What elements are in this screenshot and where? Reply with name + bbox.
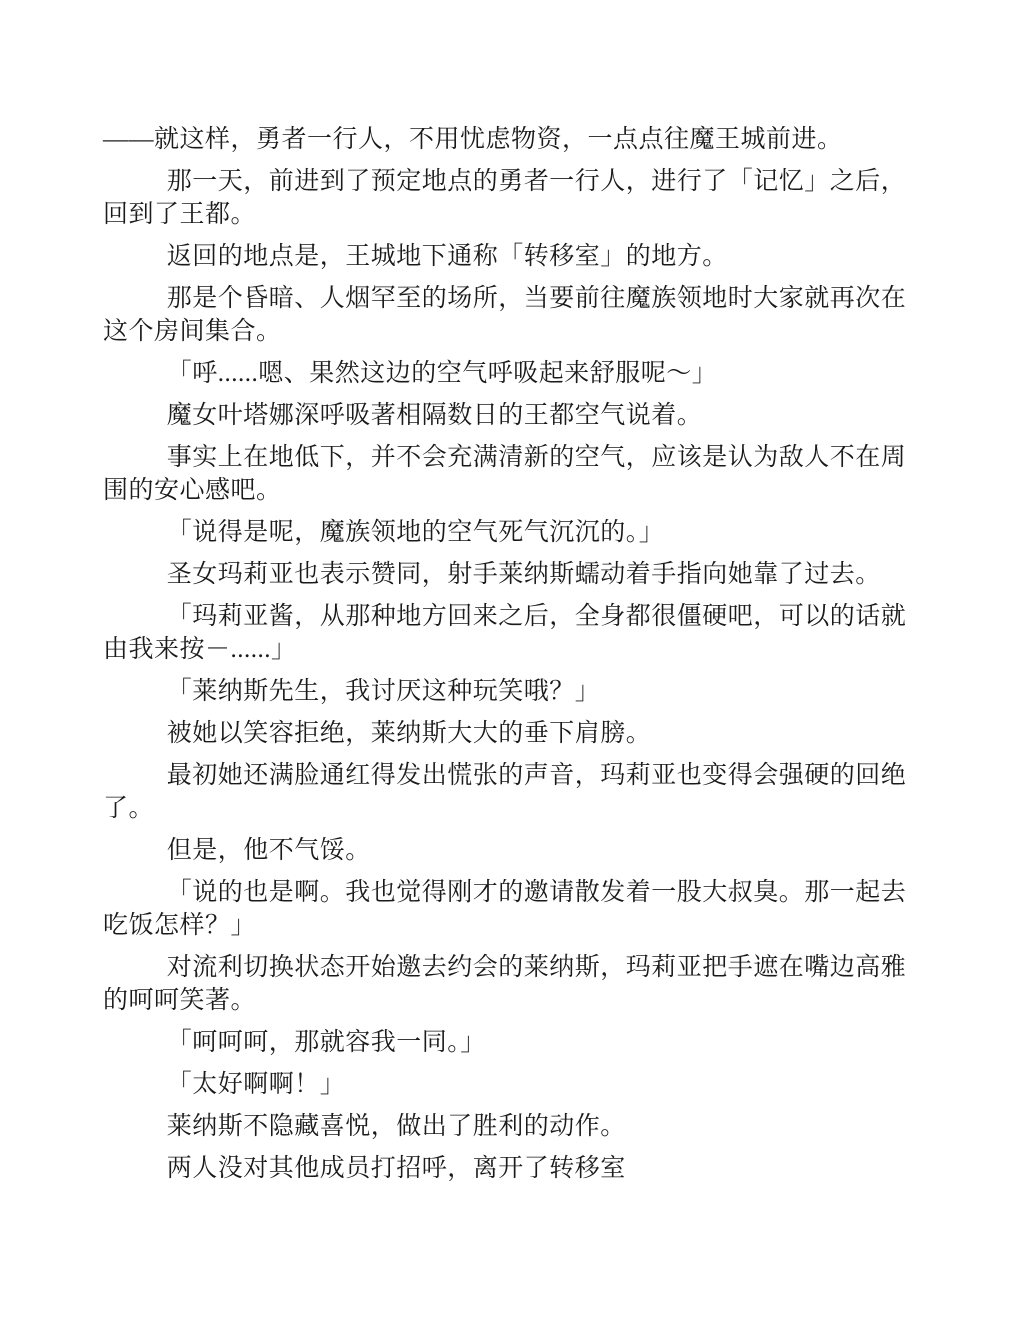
paragraph-line: 「说得是呢，魔族领地的空气死气沉沉的。」 [103, 516, 908, 549]
paragraph-line: 魔女叶塔娜深呼吸著相隔数日的王都空气说着。 [103, 399, 908, 432]
paragraph: 「说的也是啊。我也觉得刚才的邀请散发着一股大叔臭。那一起去吃饭怎样？」 [103, 876, 908, 942]
paragraph-line: 「玛莉亚酱，从那种地方回来之后，全身都很僵硬吧，可以的话就 [103, 600, 908, 633]
paragraph-line: 那一天，前进到了预定地点的勇者一行人，进行了「记忆」之后， [103, 165, 908, 198]
paragraph: 「莱纳斯先生，我讨厌这种玩笑哦？」 [103, 675, 908, 708]
paragraph: 魔女叶塔娜深呼吸著相隔数日的王都空气说着。 [103, 399, 908, 432]
paragraph-line: 但是，他不气馁。 [103, 834, 908, 867]
paragraph: 事实上在地低下，并不会充满清新的空气，应该是认为敌人不在周围的安心感吧。 [103, 441, 908, 507]
paragraph: 圣女玛莉亚也表示赞同，射手莱纳斯蠕动着手指向她靠了过去。 [103, 558, 908, 591]
paragraph: ——就这样，勇者一行人，不用忧虑物资，一点点往魔王城前进。 [103, 123, 908, 156]
paragraph-line: 了。 [103, 792, 908, 825]
paragraph-line: 「太好啊啊！」 [103, 1068, 908, 1101]
paragraph-line: 回到了王都。 [103, 198, 908, 231]
paragraph: 被她以笑容拒绝，莱纳斯大大的垂下肩膀。 [103, 717, 908, 750]
paragraph: 「呼......嗯、果然这边的空气呼吸起来舒服呢～」 [103, 357, 908, 390]
paragraph-line: 这个房间集合。 [103, 315, 908, 348]
paragraph-line: 吃饭怎样？」 [103, 909, 908, 942]
paragraph-line: 「说的也是啊。我也觉得刚才的邀请散发着一股大叔臭。那一起去 [103, 876, 908, 909]
paragraph-line: 由我来按－......」 [103, 633, 908, 666]
paragraph-line: ——就这样，勇者一行人，不用忧虑物资，一点点往魔王城前进。 [103, 123, 908, 156]
paragraph: 两人没对其他成员打招呼，离开了转移室 [103, 1152, 908, 1185]
paragraph-line: 被她以笑容拒绝，莱纳斯大大的垂下肩膀。 [103, 717, 908, 750]
paragraph-line: 「莱纳斯先生，我讨厌这种玩笑哦？」 [103, 675, 908, 708]
paragraph: 「说得是呢，魔族领地的空气死气沉沉的。」 [103, 516, 908, 549]
paragraph-line: 「呵呵呵，那就容我一同。」 [103, 1026, 908, 1059]
paragraph: 「太好啊啊！」 [103, 1068, 908, 1101]
paragraph: 那是个昏暗、人烟罕至的场所，当要前往魔族领地时大家就再次在这个房间集合。 [103, 282, 908, 348]
paragraph-line: 圣女玛莉亚也表示赞同，射手莱纳斯蠕动着手指向她靠了过去。 [103, 558, 908, 591]
paragraph-line: 两人没对其他成员打招呼，离开了转移室 [103, 1152, 908, 1185]
paragraph: 「玛莉亚酱，从那种地方回来之后，全身都很僵硬吧，可以的话就由我来按－......… [103, 600, 908, 666]
paragraph-line: 对流利切换状态开始邀去约会的莱纳斯，玛莉亚把手遮在嘴边高雅 [103, 951, 908, 984]
paragraph-line: 事实上在地低下，并不会充满清新的空气，应该是认为敌人不在周 [103, 441, 908, 474]
paragraph-line: 返回的地点是，王城地下通称「转移室」的地方。 [103, 240, 908, 273]
paragraph-line: 最初她还满脸通红得发出慌张的声音，玛莉亚也变得会强硬的回绝 [103, 759, 908, 792]
paragraph-line: 莱纳斯不隐藏喜悦，做出了胜利的动作。 [103, 1110, 908, 1143]
paragraph: 莱纳斯不隐藏喜悦，做出了胜利的动作。 [103, 1110, 908, 1143]
paragraph: 返回的地点是，王城地下通称「转移室」的地方。 [103, 240, 908, 273]
paragraph: 对流利切换状态开始邀去约会的莱纳斯，玛莉亚把手遮在嘴边高雅的呵呵笑著。 [103, 951, 908, 1017]
paragraph: 那一天，前进到了预定地点的勇者一行人，进行了「记忆」之后，回到了王都。 [103, 165, 908, 231]
paragraph: 但是，他不气馁。 [103, 834, 908, 867]
paragraph-line: 的呵呵笑著。 [103, 984, 908, 1017]
paragraph-line: 围的安心感吧。 [103, 474, 908, 507]
text-content: ——就这样，勇者一行人，不用忧虑物资，一点点往魔王城前进。那一天，前进到了预定地… [103, 123, 908, 1185]
paragraph: 「呵呵呵，那就容我一同。」 [103, 1026, 908, 1059]
paragraph: 最初她还满脸通红得发出慌张的声音，玛莉亚也变得会强硬的回绝了。 [103, 759, 908, 825]
paragraph-line: 「呼......嗯、果然这边的空气呼吸起来舒服呢～」 [103, 357, 908, 390]
paragraph-line: 那是个昏暗、人烟罕至的场所，当要前往魔族领地时大家就再次在 [103, 282, 908, 315]
novel-page: ——就这样，勇者一行人，不用忧虑物资，一点点往魔王城前进。那一天，前进到了预定地… [0, 0, 1020, 1320]
